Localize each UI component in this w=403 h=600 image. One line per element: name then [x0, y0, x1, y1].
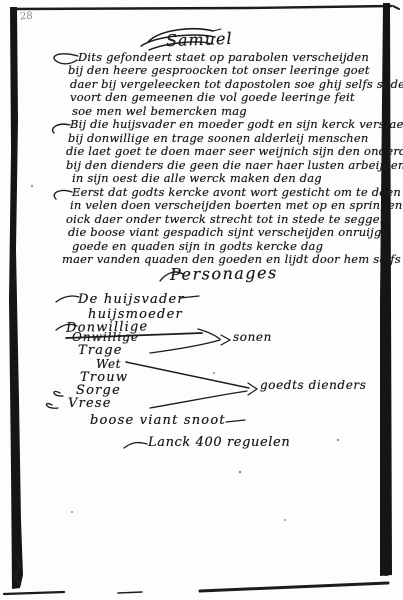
swash-footer [124, 443, 147, 448]
border-top-right-tick [393, 6, 399, 9]
cast-servant-wet: Wet [96, 358, 121, 370]
servants-group-label: goedts dienders [260, 379, 367, 391]
manuscript-line: soe men wel bemercken mag [72, 106, 247, 118]
border-bottom-seg2 [118, 592, 142, 593]
dash-villain [226, 420, 245, 422]
manuscript-line: daer bij vergeleecken tot dapostolen soe… [70, 79, 403, 91]
border-bottom-seg3 [200, 583, 388, 591]
bracket-servants [126, 362, 257, 408]
manuscript-line: voort den gemeenen die vol goede leering… [70, 92, 355, 104]
border-top [12, 6, 391, 9]
manuscript-page: 28 Samuel Dits gefondeert staet op parab… [0, 0, 403, 600]
document-title: Samuel [166, 31, 233, 49]
manuscript-line: Eerst dat godts kercke avont wort gestic… [72, 187, 403, 199]
manuscript-line: bij den heere gesproocken tot onser leer… [68, 65, 370, 77]
manuscript-line: die laet goet te doen maer seer weijnich… [66, 146, 403, 158]
personages-header: Personages [170, 265, 278, 283]
border-bottom-seg1 [4, 592, 64, 594]
border-corner-blob [382, 568, 390, 576]
sons-group-label: sonen [233, 331, 272, 343]
manuscript-line: in velen doen verscheijden boerten met o… [70, 200, 402, 212]
border-left [9, 7, 23, 589]
cast-entry-struck: Onwillige [72, 331, 139, 343]
cast-servant-vrese: Vrese [68, 397, 112, 410]
swash-servant3 [54, 391, 63, 396]
swash-servant4 [46, 404, 58, 409]
manuscript-line: die boose viant gespadich sijnt verschei… [68, 227, 386, 239]
manuscript-line: bij den dienders die geen die naer haer … [66, 160, 403, 172]
page-number: 28 [20, 12, 33, 23]
manuscript-line: Dits gefondeert staet op parabolen versc… [78, 52, 369, 64]
manuscript-line: Bij die huijsvader en moeder godt en sij… [70, 119, 403, 131]
cast-father: De huijsvader [78, 293, 185, 306]
manuscript-line: in sijn oest die alle werck maken den da… [72, 173, 322, 185]
length-note: Lanck 400 reguelen [148, 436, 290, 449]
cast-son-lazy: Trage [78, 344, 123, 357]
cast-villain: boose viant snoot [90, 414, 226, 427]
swash-father [56, 296, 79, 302]
manuscript-line: oick daer onder twerck strecht tot in st… [66, 214, 387, 226]
manuscript-line: bij donwillige en trage soonen alderleij… [68, 133, 368, 145]
manuscript-line: goede en quaden sijn in godts kercke dag [72, 241, 323, 253]
